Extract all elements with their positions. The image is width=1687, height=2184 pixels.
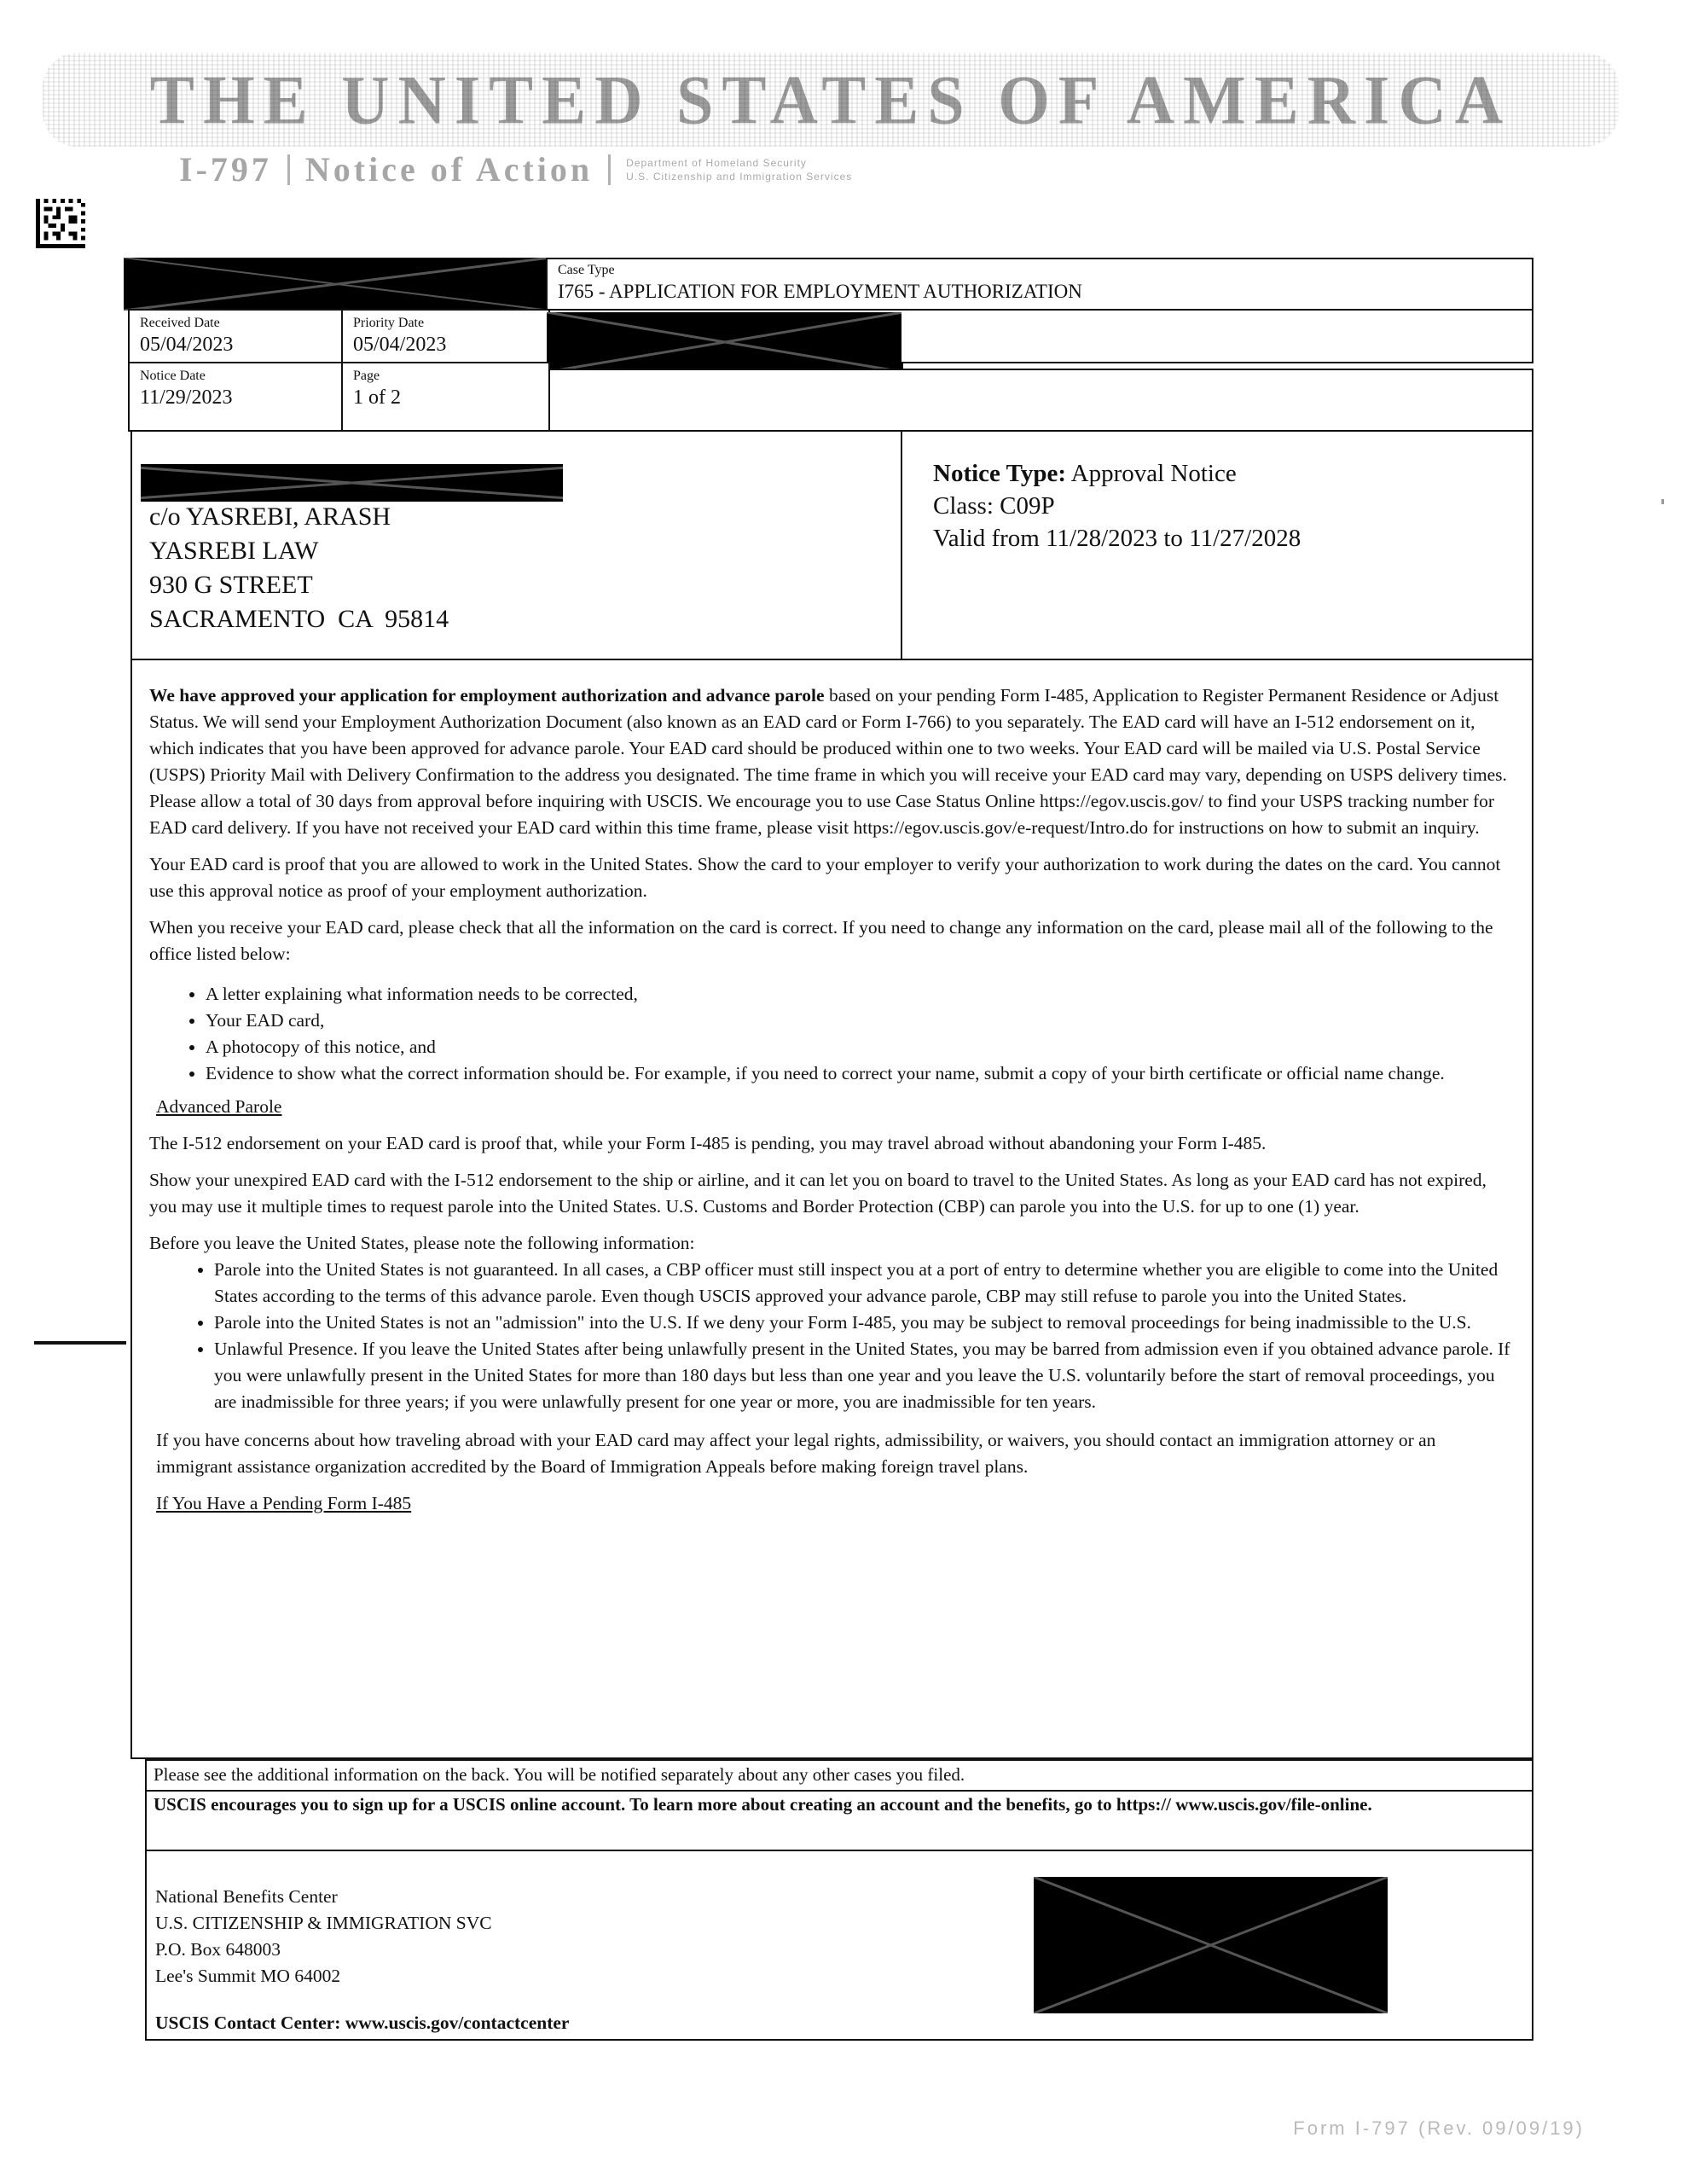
address-line1: c/o YASREBI, ARASH [149,500,449,534]
office-line4: Lee's Summit MO 64002 [155,1963,492,1989]
notice-date-cell: Notice Date 11/29/2023 [128,362,343,432]
beneficiary-cell [901,309,1533,363]
barcode-redacted [1034,1877,1388,2013]
approval-bold: We have approved your application for em… [149,685,825,706]
notice-type-label: Notice Type: [933,460,1066,487]
paragraph-ead-proof: Your EAD card is proof that you are allo… [149,851,1514,904]
notice-type-line: Notice Type: Approval Notice [933,457,1301,490]
paragraph-i512: The I-512 endorsement on your EAD card i… [149,1130,1514,1157]
addressee-box: c/o YASREBI, ARASH YASREBI LAW 930 G STR… [130,430,902,660]
notice-date-value: 11/29/2023 [140,386,232,409]
address-line2: YASREBI LAW [149,534,449,568]
parole-notes-list: Parole into the United States is not gua… [149,1257,1514,1415]
divider [608,154,611,185]
datamatrix-barcode-icon [36,199,85,248]
case-type-cell: Case Type I765 - APPLICATION FOR EMPLOYM… [546,258,1533,311]
divider [287,154,290,185]
list-item: Parole into the United States is not gua… [214,1257,1514,1310]
office-box: National Benefits Center U.S. CITIZENSHI… [145,1851,1533,2041]
address-line4: SACRAMENTO CA 95814 [149,602,449,636]
case-type-value: I765 - APPLICATION FOR EMPLOYMENT AUTHOR… [558,280,1082,304]
paragraph-corrections: When you receive your EAD card, please c… [149,915,1514,967]
heading-advanced-parole: Advanced Parole [156,1094,1514,1120]
case-type-label: Case Type [558,263,615,278]
header-banner: The United States of America [43,53,1619,147]
addressee-address: c/o YASREBI, ARASH YASREBI LAW 930 G STR… [149,500,449,636]
page-value: 1 of 2 [353,386,401,409]
sub-banner: I-797 Notice of Action Department of Hom… [179,149,852,189]
paragraph-before-leave: Before you leave the United States, plea… [149,1230,1514,1257]
list-item: A letter explaining what information nee… [206,981,1514,1008]
form-code: I-797 [179,149,272,189]
receipt-number-redacted [124,258,550,311]
online-account-note: USCIS encourages you to sign up for a US… [145,1790,1533,1851]
notice-date-label: Notice Date [140,369,206,384]
corrections-list: A letter explaining what information nee… [149,981,1514,1087]
received-date-label: Received Date [140,316,220,331]
margin-mark [34,1341,126,1345]
list-item: Parole into the United States is not an … [214,1310,1514,1336]
list-item: A photocopy of this notice, and [206,1034,1514,1060]
office-line1: National Benefits Center [155,1884,492,1910]
scan-speck [1661,499,1664,504]
agency-line1: Department of Homeland Security [626,157,807,169]
agency: Department of Homeland Security U.S. Cit… [626,156,852,183]
addressee-name-redacted [141,464,563,502]
priority-date-cell: Priority Date 05/04/2023 [341,309,550,363]
blank-cell [548,369,1533,432]
additional-info-note: Please see the additional information on… [145,1759,1533,1792]
approval-rest: based on your pending Form I-485, Applic… [149,685,1507,838]
contact-center: USCIS Contact Center: www.uscis.gov/cont… [155,2013,569,2034]
address-line3: 930 G STREET [149,568,449,602]
priority-date-value: 05/04/2023 [353,333,446,357]
list-item: Unlawful Presence. If you leave the Unit… [214,1336,1514,1415]
priority-date-label: Priority Date [353,316,424,331]
list-item: Evidence to show what the correct inform… [206,1060,1514,1087]
paragraph-travel: Show your unexpired EAD card with the I-… [149,1167,1514,1220]
form-title: Notice of Action [305,149,593,189]
notice-info: Notice Type: Approval Notice Class: C09P… [933,457,1301,555]
received-date-value: 05/04/2023 [140,333,233,357]
class-line: Class: C09P [933,490,1301,522]
heading-pending-i485: If You Have a Pending Form I-485 [156,1490,1514,1517]
page-cell: Page 1 of 2 [341,362,550,432]
notice-body: We have approved your application for em… [149,682,1514,1527]
notice-type-value: Approval Notice [1071,460,1237,487]
form-revision: Form I-797 (Rev. 09/09/19) [1293,2117,1585,2140]
banner-title: The United States of America [150,60,1511,141]
office-line3: P.O. Box 648003 [155,1937,492,1963]
paragraph-approval: We have approved your application for em… [149,682,1514,841]
beneficiary-redacted [547,312,903,372]
paragraph-concerns: If you have concerns about how traveling… [156,1427,1514,1480]
agency-line2: U.S. Citizenship and Immigration Service… [626,171,852,183]
office-address: National Benefits Center U.S. CITIZENSHI… [155,1884,492,1989]
valid-line: Valid from 11/28/2023 to 11/27/2028 [933,522,1301,555]
received-date-cell: Received Date 05/04/2023 [128,309,343,363]
notice-type-box: Notice Type: Approval Notice Class: C09P… [901,430,1533,660]
list-item: Your EAD card, [206,1008,1514,1034]
page-label: Page [353,369,380,384]
office-line2: U.S. CITIZENSHIP & IMMIGRATION SVC [155,1910,492,1937]
